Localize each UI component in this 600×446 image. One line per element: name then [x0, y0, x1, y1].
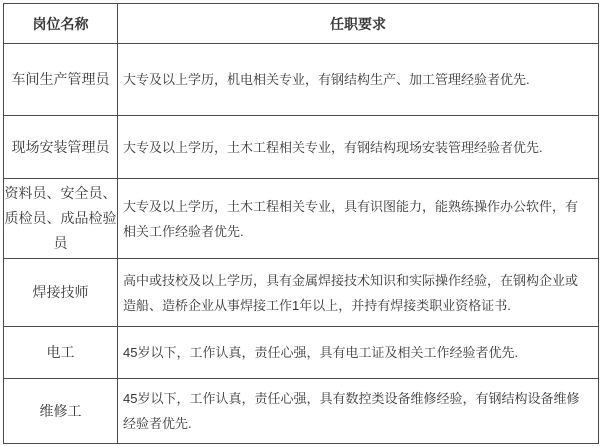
table-row: 电工 45岁以下，工作认真，责任心强，具有电工证及相关工作经验者优先. [4, 327, 599, 379]
table-row: 车间生产管理员 大专及以上学历，机电相关专业，有钢结构生产、加工管理经验者优先. [4, 44, 599, 116]
job-requirement: 高中或技校及以上学历，具有金属焊接技术知识和实际操作经验，在钢构企业或造船、造桥… [118, 259, 599, 327]
position-name: 资料员、安全员、质检员、成品检验员 [4, 179, 118, 259]
position-name: 电工 [4, 327, 118, 379]
table-row: 资料员、安全员、质检员、成品检验员 大专及以上学历，土木工程相关专业，具有识图能… [4, 179, 599, 259]
position-name: 维修工 [4, 379, 118, 444]
table-row: 现场安装管理员 大专及以上学历，土木工程相关专业，有钢结构现场安装管理经验者优先… [4, 116, 599, 179]
table-row: 维修工 45岁以下，工作认真，责任心强，具有数控类设备维修经验，有钢结构设备维修… [4, 379, 599, 444]
job-requirements-table: 岗位名称 任职要求 车间生产管理员 大专及以上学历，机电相关专业，有钢结构生产、… [3, 3, 599, 444]
job-requirement: 大专及以上学历，机电相关专业，有钢结构生产、加工管理经验者优先. [118, 44, 599, 116]
page: 岗位名称 任职要求 车间生产管理员 大专及以上学历，机电相关专业，有钢结构生产、… [0, 0, 600, 446]
header-row: 岗位名称 任职要求 [4, 4, 599, 44]
table-row: 焊接技师 高中或技校及以上学历，具有金属焊接技术知识和实际操作经验，在钢构企业或… [4, 259, 599, 327]
position-name: 现场安装管理员 [4, 116, 118, 179]
position-name: 焊接技师 [4, 259, 118, 327]
job-requirement: 大专及以上学历，土木工程相关专业，具有识图能力，能熟练操作办公软件，有相关工作经… [118, 179, 599, 259]
job-requirement: 大专及以上学历，土木工程相关专业，有钢结构现场安装管理经验者优先. [118, 116, 599, 179]
position-name: 车间生产管理员 [4, 44, 118, 116]
column-header-requirements: 任职要求 [118, 4, 599, 44]
job-requirement: 45岁以下，工作认真，责任心强，具有数控类设备维修经验，有钢结构设备维修经验者优… [118, 379, 599, 444]
job-requirement: 45岁以下，工作认真，责任心强，具有电工证及相关工作经验者优先. [118, 327, 599, 379]
column-header-position: 岗位名称 [4, 4, 118, 44]
